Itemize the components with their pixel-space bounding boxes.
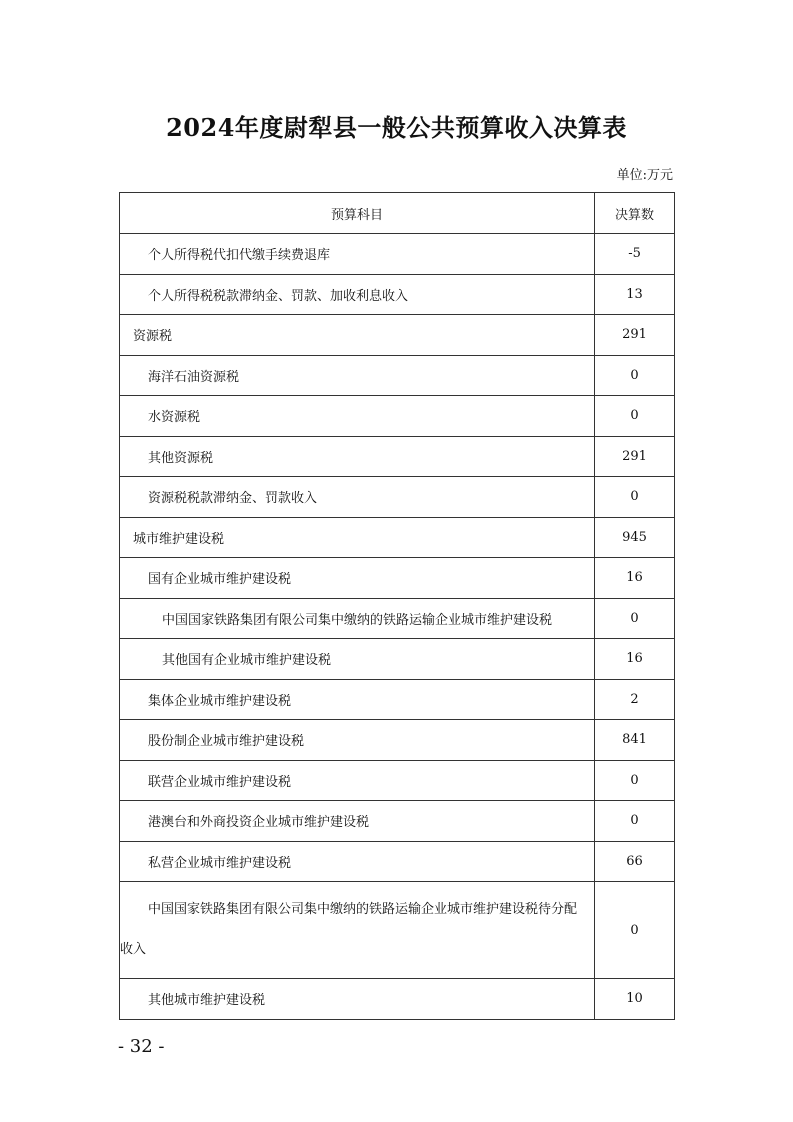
table-row: 国有企业城市维护建设税16	[120, 558, 675, 599]
row-name: 港澳台和外商投资企业城市维护建设税	[120, 801, 595, 842]
row-value: 841	[595, 720, 675, 761]
row-name: 资源税	[120, 315, 595, 356]
row-name: 个人所得税税款滞纳金、罚款、加收利息收入	[120, 274, 595, 315]
row-name: 海洋石油资源税	[120, 355, 595, 396]
table-row: 集体企业城市维护建设税2	[120, 679, 675, 720]
row-value: 16	[595, 639, 675, 680]
row-value: 2	[595, 679, 675, 720]
table-row: 私营企业城市维护建设税66	[120, 841, 675, 882]
row-value: 66	[595, 841, 675, 882]
table-row: 个人所得税代扣代缴手续费退库-5	[120, 234, 675, 275]
table-row: 中国国家铁路集团有限公司集中缴纳的铁路运输企业城市维护建设税待分配收入0	[120, 882, 675, 979]
table-row: 海洋石油资源税0	[120, 355, 675, 396]
table-row: 股份制企业城市维护建设税841	[120, 720, 675, 761]
row-value: 291	[595, 315, 675, 356]
row-value: 0	[595, 396, 675, 437]
table-row: 水资源税0	[120, 396, 675, 437]
table-row: 资源税税款滞纳金、罚款收入0	[120, 477, 675, 518]
row-value: 0	[595, 801, 675, 842]
row-value: 13	[595, 274, 675, 315]
row-name: 资源税税款滞纳金、罚款收入	[120, 477, 595, 518]
row-name: 中国国家铁路集团有限公司集中缴纳的铁路运输企业城市维护建设税	[120, 598, 595, 639]
row-name: 城市维护建设税	[120, 517, 595, 558]
row-value: 0	[595, 760, 675, 801]
page-number: - 32 -	[118, 1036, 165, 1057]
table-row: 其他国有企业城市维护建设税16	[120, 639, 675, 680]
row-name: 其他城市维护建设税	[120, 979, 595, 1020]
table-header-row: 预算科目 决算数	[120, 193, 675, 234]
table-row: 中国国家铁路集团有限公司集中缴纳的铁路运输企业城市维护建设税0	[120, 598, 675, 639]
table-row: 城市维护建设税945	[120, 517, 675, 558]
row-name: 联营企业城市维护建设税	[120, 760, 595, 801]
table-row: 港澳台和外商投资企业城市维护建设税0	[120, 801, 675, 842]
row-name: 集体企业城市维护建设税	[120, 679, 595, 720]
header-final-amount: 决算数	[595, 193, 675, 234]
row-value: 0	[595, 882, 675, 979]
row-name: 国有企业城市维护建设税	[120, 558, 595, 599]
document-title: 2024年度尉犁县一般公共预算收入决算表	[0, 108, 793, 143]
table-row: 联营企业城市维护建设税0	[120, 760, 675, 801]
row-value: 0	[595, 598, 675, 639]
row-value: 0	[595, 355, 675, 396]
header-budget-item: 预算科目	[120, 193, 595, 234]
row-value: 0	[595, 477, 675, 518]
row-value: 945	[595, 517, 675, 558]
row-name: 其他资源税	[120, 436, 595, 477]
row-value: 16	[595, 558, 675, 599]
row-value: 291	[595, 436, 675, 477]
table-row: 资源税291	[120, 315, 675, 356]
row-name: 中国国家铁路集团有限公司集中缴纳的铁路运输企业城市维护建设税待分配收入	[120, 882, 595, 979]
table-row: 其他资源税291	[120, 436, 675, 477]
table-row: 其他城市维护建设税10	[120, 979, 675, 1020]
row-value: -5	[595, 234, 675, 275]
unit-label: 单位:万元	[617, 164, 673, 183]
row-name: 水资源税	[120, 396, 595, 437]
row-name: 股份制企业城市维护建设税	[120, 720, 595, 761]
table-row: 个人所得税税款滞纳金、罚款、加收利息收入13	[120, 274, 675, 315]
row-name: 私营企业城市维护建设税	[120, 841, 595, 882]
budget-table: 预算科目 决算数 个人所得税代扣代缴手续费退库-5 个人所得税税款滞纳金、罚款、…	[119, 192, 675, 1020]
row-name: 其他国有企业城市维护建设税	[120, 639, 595, 680]
row-name: 个人所得税代扣代缴手续费退库	[120, 234, 595, 275]
row-value: 10	[595, 979, 675, 1020]
